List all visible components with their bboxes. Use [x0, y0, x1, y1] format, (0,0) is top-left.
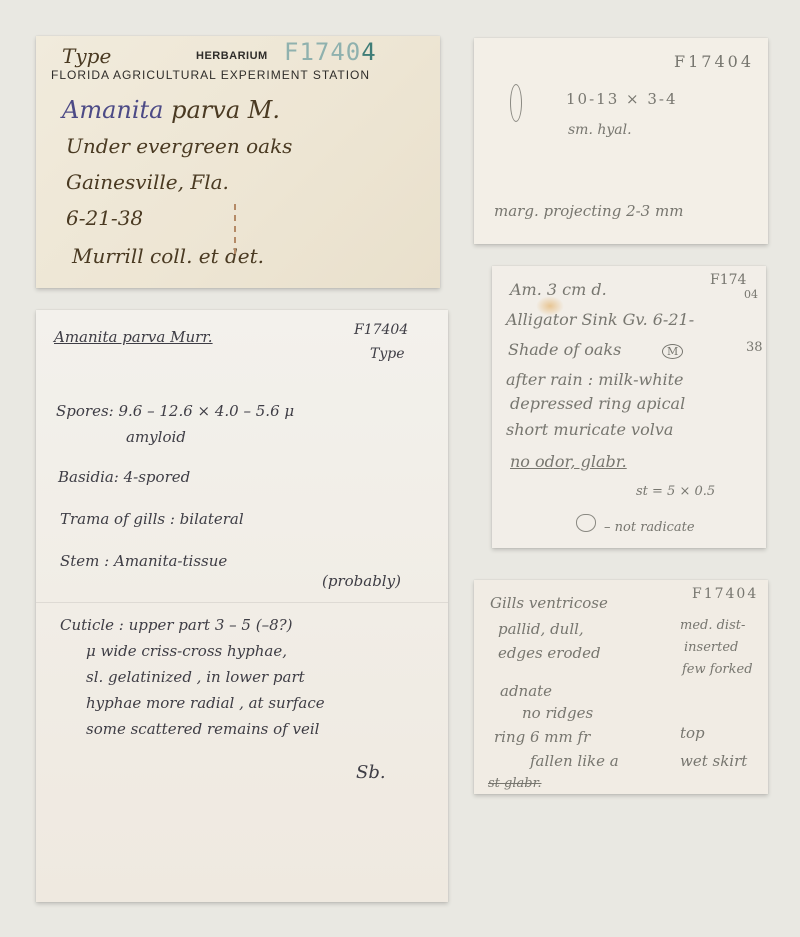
gills-line: edges eroded	[498, 644, 601, 662]
gills-line: pallid, dull,	[498, 620, 584, 638]
gills-line: fallen like a	[530, 752, 619, 770]
spore-remark: sm. hyal.	[568, 122, 632, 138]
taxon-genus: Amanita	[62, 96, 163, 124]
field-line: depressed ring apical	[510, 394, 685, 413]
specimen-number: F17404	[674, 52, 754, 71]
gills-line: Gills ventricose	[490, 594, 608, 612]
accession-number: F1740	[284, 38, 361, 66]
field-line: Am. 3 cm d.	[510, 280, 607, 299]
gills-side-line: few forked	[682, 662, 753, 677]
bulb-sketch-icon	[576, 514, 596, 532]
basidia-line: Basidia: 4-spored	[58, 468, 190, 486]
taxon-epithet: parva M.	[171, 96, 280, 124]
cuticle-line: sl. gelatinized , in lower part	[86, 668, 305, 686]
gills-side-line: inserted	[684, 640, 738, 655]
accession-stamp: F17404	[284, 38, 377, 66]
specimen-number: F17404	[354, 322, 408, 338]
field-line: – not radicate	[604, 520, 695, 535]
cuticle-line: Cuticle : upper part 3 – 5 (–8?)	[60, 616, 293, 634]
field-line: after rain : milk-white	[506, 370, 684, 389]
gills-side-line: wet skirt	[680, 752, 747, 770]
cuticle-line: hyphae more radial , at surface	[86, 694, 325, 712]
gills-side-line: med. dist-	[680, 618, 745, 633]
year-suffix: 38	[746, 340, 763, 355]
specimen-number: F174	[710, 272, 746, 288]
gills-line: no ridges	[522, 704, 593, 722]
locality: Gainesville, Fla.	[66, 170, 229, 194]
tear-mark	[234, 204, 238, 254]
stem-line: Stem : Amanita-tissue	[60, 552, 227, 570]
cuticle-line: μ wide criss-cross hyphae,	[86, 642, 287, 660]
habitat: Under evergreen oaks	[66, 134, 292, 158]
type-label: Type	[370, 346, 405, 362]
gills-side-line: top	[680, 724, 705, 742]
trama-line: Trama of gills : bilateral	[60, 510, 244, 528]
spores-reaction: amyloid	[126, 428, 186, 446]
margin-note: marg. projecting 2-3 mm	[494, 202, 683, 220]
spores-line: Spores: 9.6 – 12.6 × 4.0 – 5.6 μ	[56, 402, 294, 420]
microscopy-note: Amanita parva Murr. F17404 Type Spores: …	[36, 310, 448, 902]
accession-last-digit: 4	[361, 38, 376, 66]
initials: Sb.	[356, 762, 386, 783]
field-line: Alligator Sink Gv. 6-21-	[506, 310, 694, 329]
type-mark: Type	[62, 44, 111, 68]
herbarium-header: HERBARIUM	[196, 50, 268, 62]
institution-name: FLORIDA AGRICULTURAL EXPERIMENT STATION	[51, 68, 370, 82]
note-title: Amanita parva Murr.	[54, 328, 213, 346]
field-note: F174 04 Am. 3 cm d. Alligator Sink Gv. 6…	[492, 266, 766, 548]
herbarium-label: Type HERBARIUM F17404 FLORIDA AGRICULTUR…	[36, 36, 440, 288]
specimen-number-suffix: 04	[744, 288, 758, 301]
field-line: Shade of oaks	[508, 340, 621, 359]
field-line: st = 5 × 0.5	[636, 484, 715, 499]
spore-note: F17404 10-13 × 3-4 sm. hyal. marg. proje…	[474, 38, 768, 244]
gills-line: ring 6 mm fr	[494, 728, 590, 746]
taxon-name: Amanita parva M.	[62, 96, 280, 124]
gills-line: adnate	[500, 682, 552, 700]
circled-mark: M	[662, 340, 683, 359]
spore-sketch-icon	[510, 84, 522, 122]
field-line: no odor, glabr.	[510, 452, 627, 471]
fold-line	[36, 602, 448, 603]
gills-note: F17404 Gills ventricose pallid, dull, ed…	[474, 580, 768, 794]
cuticle-line: some scattered remains of veil	[86, 720, 319, 738]
field-line: short muricate volva	[506, 420, 673, 439]
stem-note: (probably)	[322, 572, 401, 590]
circled-m-icon: M	[662, 344, 683, 359]
spore-dimensions: 10-13 × 3-4	[566, 90, 678, 108]
gills-line-struck: st glabr.	[488, 776, 542, 791]
specimen-number: F17404	[692, 586, 758, 602]
collection-date: 6-21-38	[66, 206, 143, 230]
